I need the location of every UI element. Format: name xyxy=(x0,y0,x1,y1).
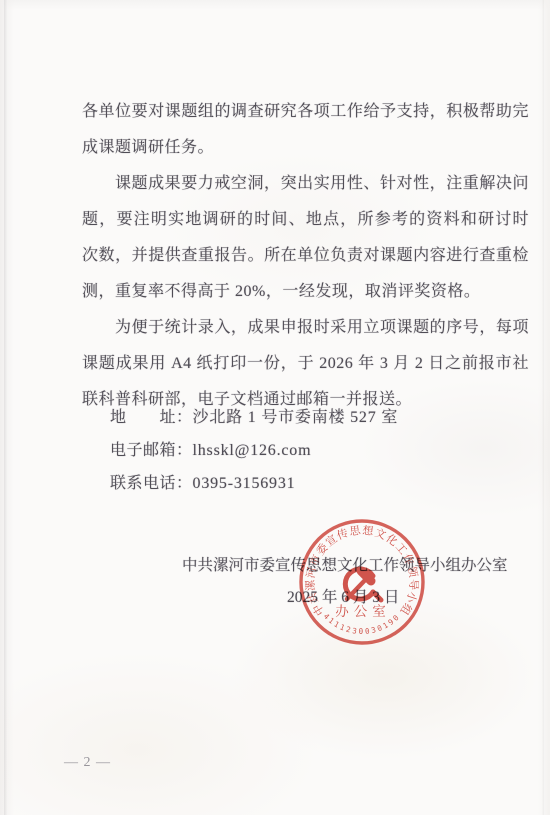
body-text-line: 成课题调研任务。 xyxy=(82,130,529,166)
address-value: 沙北路 1 号市委南楼 527 室 xyxy=(193,409,399,426)
email-label: 电子邮箱： xyxy=(110,442,193,459)
body-text-line: 测，重复率不得高于 20%，一经发现，取消评奖资格。 xyxy=(82,274,529,310)
contact-address-row: 地 址：沙北路 1 号市委南楼 527 室 xyxy=(110,401,490,434)
contact-info-block: 地 址：沙北路 1 号市委南楼 527 室 电子邮箱：lhsskl@126.co… xyxy=(110,401,490,500)
contact-email-row: 电子邮箱：lhsskl@126.com xyxy=(110,434,490,467)
body-text-line: 题，要注明实地调研的时间、地点，所参考的资料和研讨时间、 xyxy=(82,202,529,238)
body-text-line: 为便于统计录入，成果申报时采用立项课题的序号，每项 xyxy=(82,310,529,346)
body-text-line: 课题成果要力戒空洞，突出实用性、针对性，注重解决问 xyxy=(82,166,529,202)
address-label: 地 址： xyxy=(110,409,193,426)
phone-value: 0395-3156931 xyxy=(193,475,296,492)
seal-office-text: 办公室 xyxy=(335,603,391,619)
email-value: lhsskl@126.com xyxy=(193,442,312,459)
hammer-sickle-icon xyxy=(345,569,381,600)
document-body: 各单位要对课题组的调查研究各项工作给予支持，积极帮助完 成课题调研任务。 课题成… xyxy=(82,94,529,418)
page-number: — 2 — xyxy=(64,755,111,771)
body-text-line: 课题成果用 A4 纸打印一份，于 2026 年 3 月 2 日之前报市社科 xyxy=(82,346,529,382)
paper-crease-right xyxy=(542,0,544,815)
phone-label: 联系电话： xyxy=(110,475,193,492)
official-seal: 中共漯河市委宣传思想文化工作领导小组 办公室 4111230030190 xyxy=(292,512,432,652)
body-text-line: 各单位要对课题组的调查研究各项工作给予支持，积极帮助完 xyxy=(82,94,529,130)
contact-phone-row: 联系电话：0395-3156931 xyxy=(110,467,490,500)
paper-crease-left xyxy=(4,0,7,815)
body-text-line: 次数，并提供查重报告。所在单位负责对课题内容进行查重检 xyxy=(82,238,529,274)
